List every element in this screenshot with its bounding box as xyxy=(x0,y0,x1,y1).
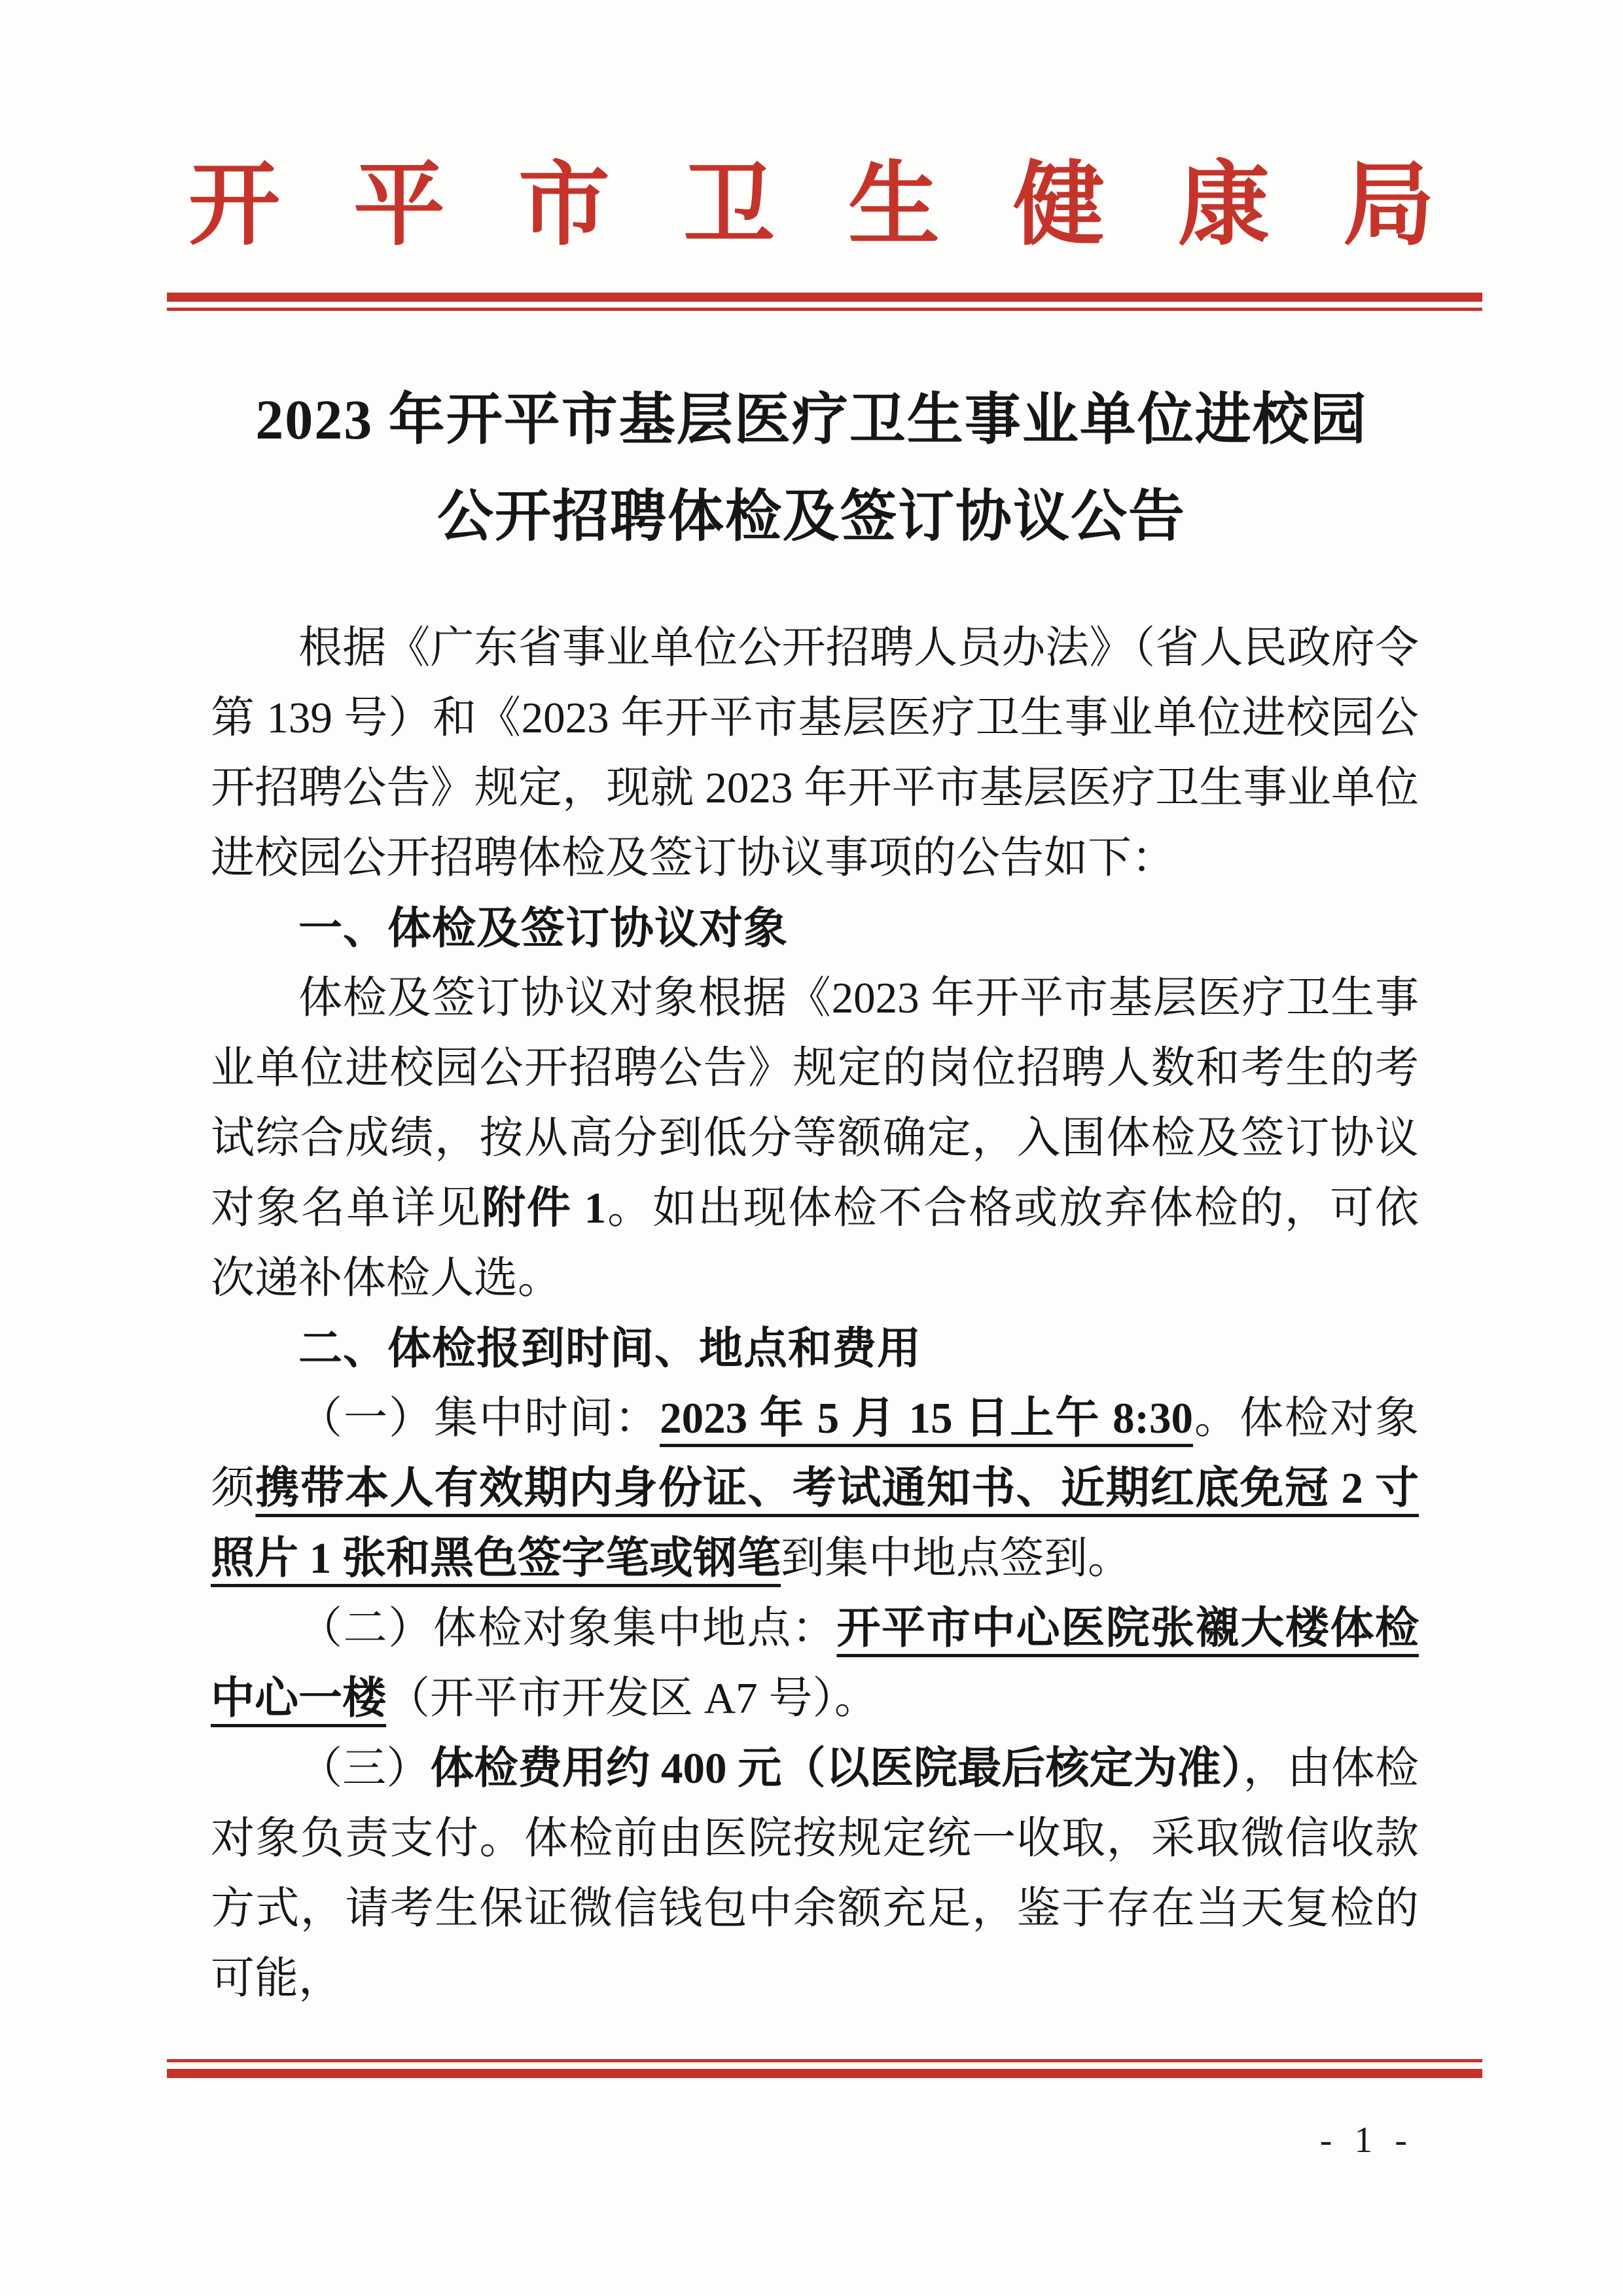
section-heading: 二、体检报到时间、地点和费用 xyxy=(211,1314,1419,1384)
text-run: 体检费用约 400 元（以医院最后核定为准） xyxy=(430,1744,1243,1793)
text-run: 根据《广东省事业单位公开招聘人员办法》（省人民政府令第 139 号）和《2023… xyxy=(211,624,1419,882)
text-run: 一、体检及签订协议对象 xyxy=(298,904,788,953)
text-run: 二、体检报到时间、地点和费用 xyxy=(298,1324,921,1373)
header-rule-thin xyxy=(167,308,1482,311)
document-body: 根据《广东省事业单位公开招聘人员办法》（省人民政府令第 139 号）和《2023… xyxy=(211,613,1419,2014)
paragraph: （二）体检对象集中地点：开平市中心医院张襯大楼体检中心一楼（开平市开发区 A7 … xyxy=(211,1594,1419,1734)
paragraph: （一）集中时间：2023 年 5 月 15 日上午 8:30。体检对象须携带本人… xyxy=(211,1384,1419,1594)
paragraph: （三）体检费用约 400 元（以医院最后核定为准），由体检对象负责支付。体检前由… xyxy=(211,1734,1419,2014)
page-number: - 1 - xyxy=(1320,2119,1414,2161)
paragraph: 根据《广东省事业单位公开招聘人员办法》（省人民政府令第 139 号）和《2023… xyxy=(211,613,1419,893)
text-run: （一）集中时间： xyxy=(298,1394,660,1443)
letterhead-title: 开平市卫生健康局 xyxy=(0,160,1623,252)
text-run: （二）体检对象集中地点： xyxy=(298,1604,837,1653)
paragraph: 体检及签订协议对象根据《2023 年开平市基层医疗卫生事业单位进校园公开招聘公告… xyxy=(211,963,1419,1314)
document-title-line: 公开招聘体检及签订协议公告 xyxy=(0,468,1623,565)
text-run: （开平市开发区 A7 号）。 xyxy=(386,1674,878,1723)
document-title-line: 2023 年开平市基层医疗卫生事业单位进校园 xyxy=(0,371,1623,468)
header-rules xyxy=(167,293,1482,311)
text-run: 到集中地点签到。 xyxy=(781,1534,1132,1583)
header-rule-thick xyxy=(167,293,1482,302)
text-run: 2023 年 5 月 15 日上午 8:30 xyxy=(660,1394,1193,1443)
document-title: 2023 年开平市基层医疗卫生事业单位进校园公开招聘体检及签订协议公告 xyxy=(0,371,1623,565)
document-page: { "page": { "letterhead": "开平市卫生健康局", "p… xyxy=(0,0,1623,2296)
footer-rule-thick xyxy=(167,2069,1482,2078)
section-heading: 一、体检及签订协议对象 xyxy=(211,893,1419,963)
footer-rules xyxy=(167,2059,1482,2078)
footer-rule-thin xyxy=(167,2059,1482,2062)
text-run: 附件 1 xyxy=(482,1184,606,1232)
text-run: （三） xyxy=(298,1744,430,1793)
